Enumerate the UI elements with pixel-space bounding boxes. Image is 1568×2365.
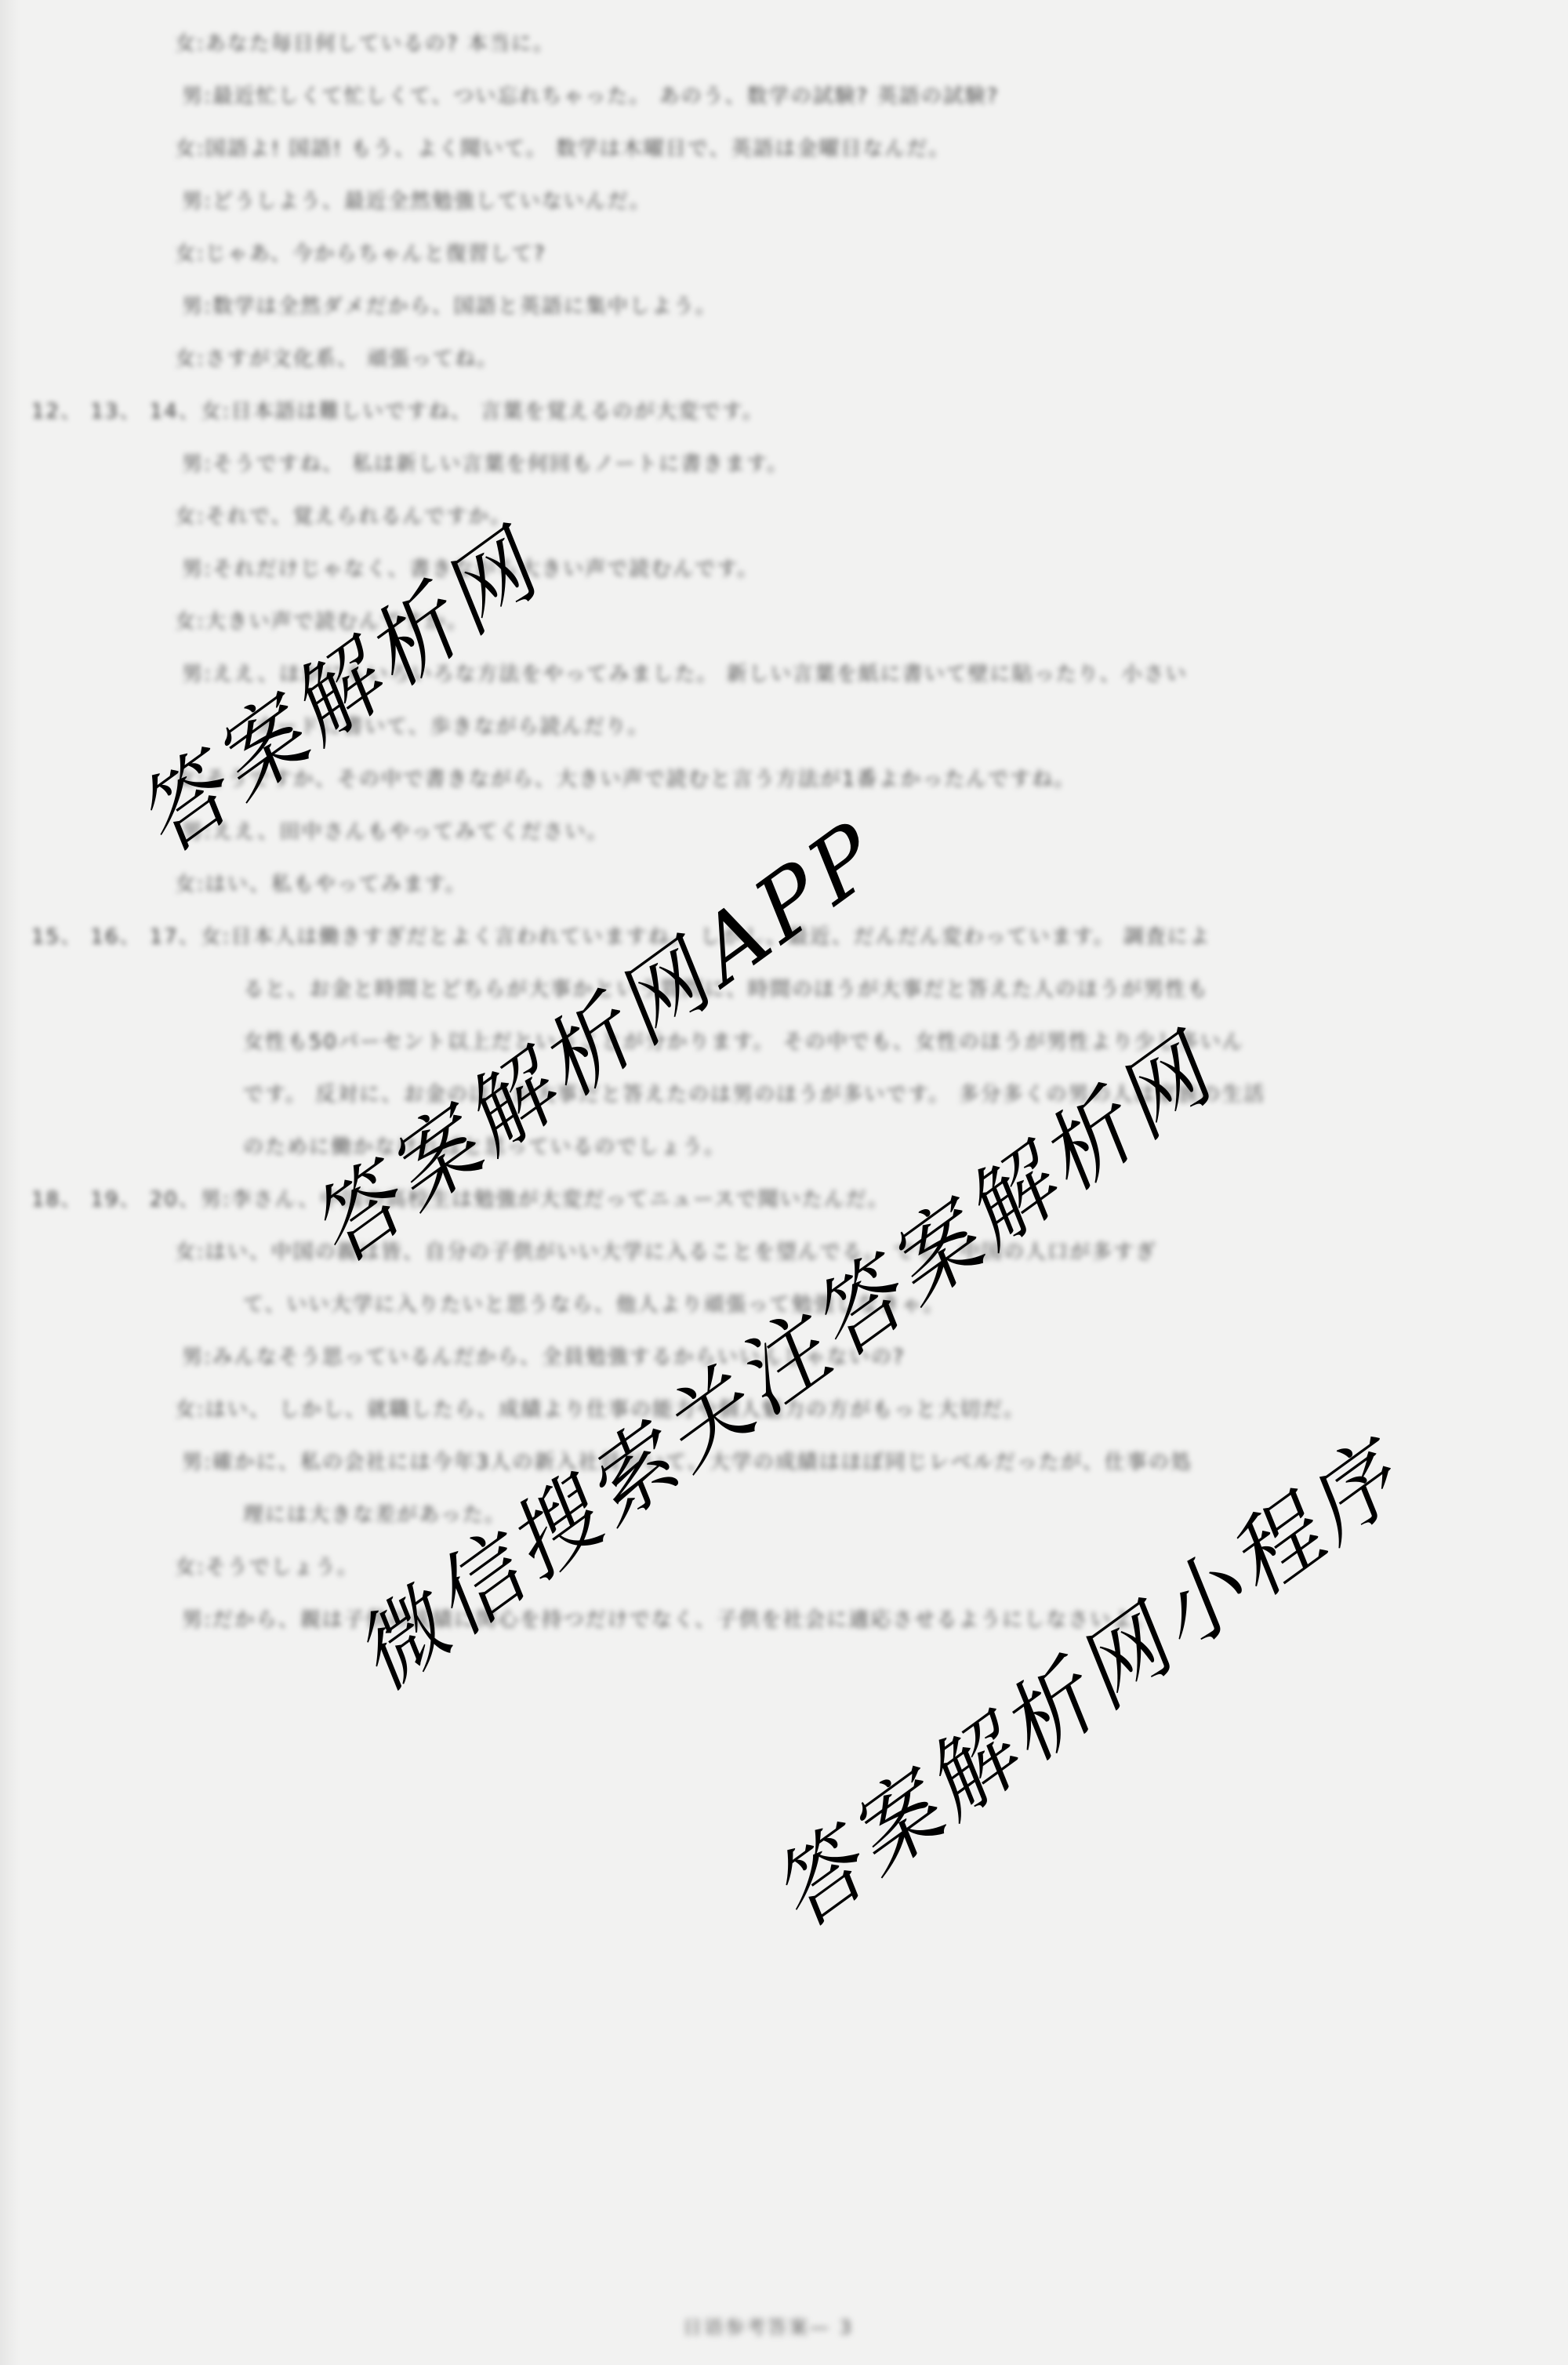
text-line: 女:そうでしょう。	[175, 1555, 359, 1580]
text-line: 理には大きな差があった。	[243, 1502, 506, 1528]
text-line: 女:そうですか、その中で書きながら、大きい声で読むと言う方法が1番よかったんです…	[175, 767, 1076, 792]
text-line: 男:だから、親は子供の成績に関心を持つだけでなく、子供を社会に適応させるようにし…	[182, 1608, 1156, 1633]
text-line: 男:ええ、田中さんもやってみてください。	[182, 819, 608, 845]
text-line: 男:そうですね、 私は新しい言葉を何回もノートに書きます。	[182, 452, 789, 477]
text-line: て、いい大学に入りたいと思うなら、他人より頑張って勉強しなきゃ。	[243, 1292, 945, 1317]
text-line: 女:さすが文化系、 頑張ってね。	[175, 347, 499, 372]
text-line: 12、 13、 14、女:日本語は難しいですね、 言葉を覚えるのが大変です。	[31, 399, 764, 424]
text-line: ると、お金と時間とどちらが大事かという質問に、時間のほうが大事だと答えた人のほう…	[243, 977, 1209, 1002]
text-line: 男:それだけじゃなく、書きながら大きい声で読むんです。	[182, 557, 759, 582]
text-line: 男:最近忙しくて忙しくて、つい忘れちゃった。 あのう、数学の試験? 英語の試験?	[182, 84, 999, 109]
text-line: 女:はい、 しかし、就職したら、成績より仕事の能力や個人魅力の方がもっと大切だ。	[175, 1397, 1025, 1422]
text-line: 女:はい、私もやってみます。	[175, 872, 467, 897]
text-line: 女:大きい声で読むんですか。	[175, 609, 469, 634]
text-line: です。 反対に、お金のほうが大事だと答えたのは男のほうが多いです。 多分多くの男…	[243, 1082, 1265, 1107]
text-line: 女:国語よ! 国語! もう、よく聞いて。 数学は木曜日で、英語は金曜日なんだ。	[175, 136, 950, 162]
text-line: 女:それで、覚えられるんですか。	[175, 504, 512, 529]
page-footer: 日语参考答案— 3	[0, 2312, 1537, 2339]
text-line: カードに書いて、歩きながら読んだり。	[255, 714, 649, 739]
scanned-document-page: 女:あなた毎日何しているの? 本当に。男:最近忙しくて忙しくて、つい忘れちゃった…	[0, 0, 1568, 2365]
text-line: 男:確かに、私の会社には今年3人の新入社員がいて、大学の成績はほぼ同じレベルだっ…	[182, 1450, 1192, 1475]
text-line: 18、 19、 20、男:李さん、中国の高校生は勉強が大変だってニュースで聞いた…	[31, 1187, 890, 1212]
text-line: 男:みんなそう思っているんだから、全員勉強するからいいんじゃないの?	[182, 1345, 906, 1370]
text-line: 男:ええ、ほかにもいろいろな方法をやってみました。 新しい言葉を紙に書いて壁に貼…	[182, 662, 1188, 687]
document-text-layer: 女:あなた毎日何しているの? 本当に。男:最近忙しくて忙しくて、つい忘れちゃった…	[0, 0, 1568, 2365]
text-line: 女:じゃあ、今からちゃんと復習して?	[175, 242, 546, 267]
text-line: 男:どうしよう、最近全然勉強していないんだ。	[182, 189, 652, 214]
text-line: 女:はい、中国の親は皆、自分の子供がいい大学に入ることを望んでる。 でも、中国の…	[175, 1240, 1157, 1265]
text-line: 女:あなた毎日何しているの? 本当に。	[175, 31, 555, 56]
text-line: 15、 16、 17、女:日本人は働きすぎだとよく言われていますね。 しかし、最…	[31, 925, 1211, 950]
text-line: のために働かなければと思っているのでしょう。	[243, 1135, 726, 1160]
text-line: 男:数学は全然ダメだから、国語と英語に集中しよう。	[182, 294, 717, 319]
text-line: 女性も50パーセント以上だということが分かります。 その中でも、女性のほうが男性…	[243, 1030, 1244, 1055]
